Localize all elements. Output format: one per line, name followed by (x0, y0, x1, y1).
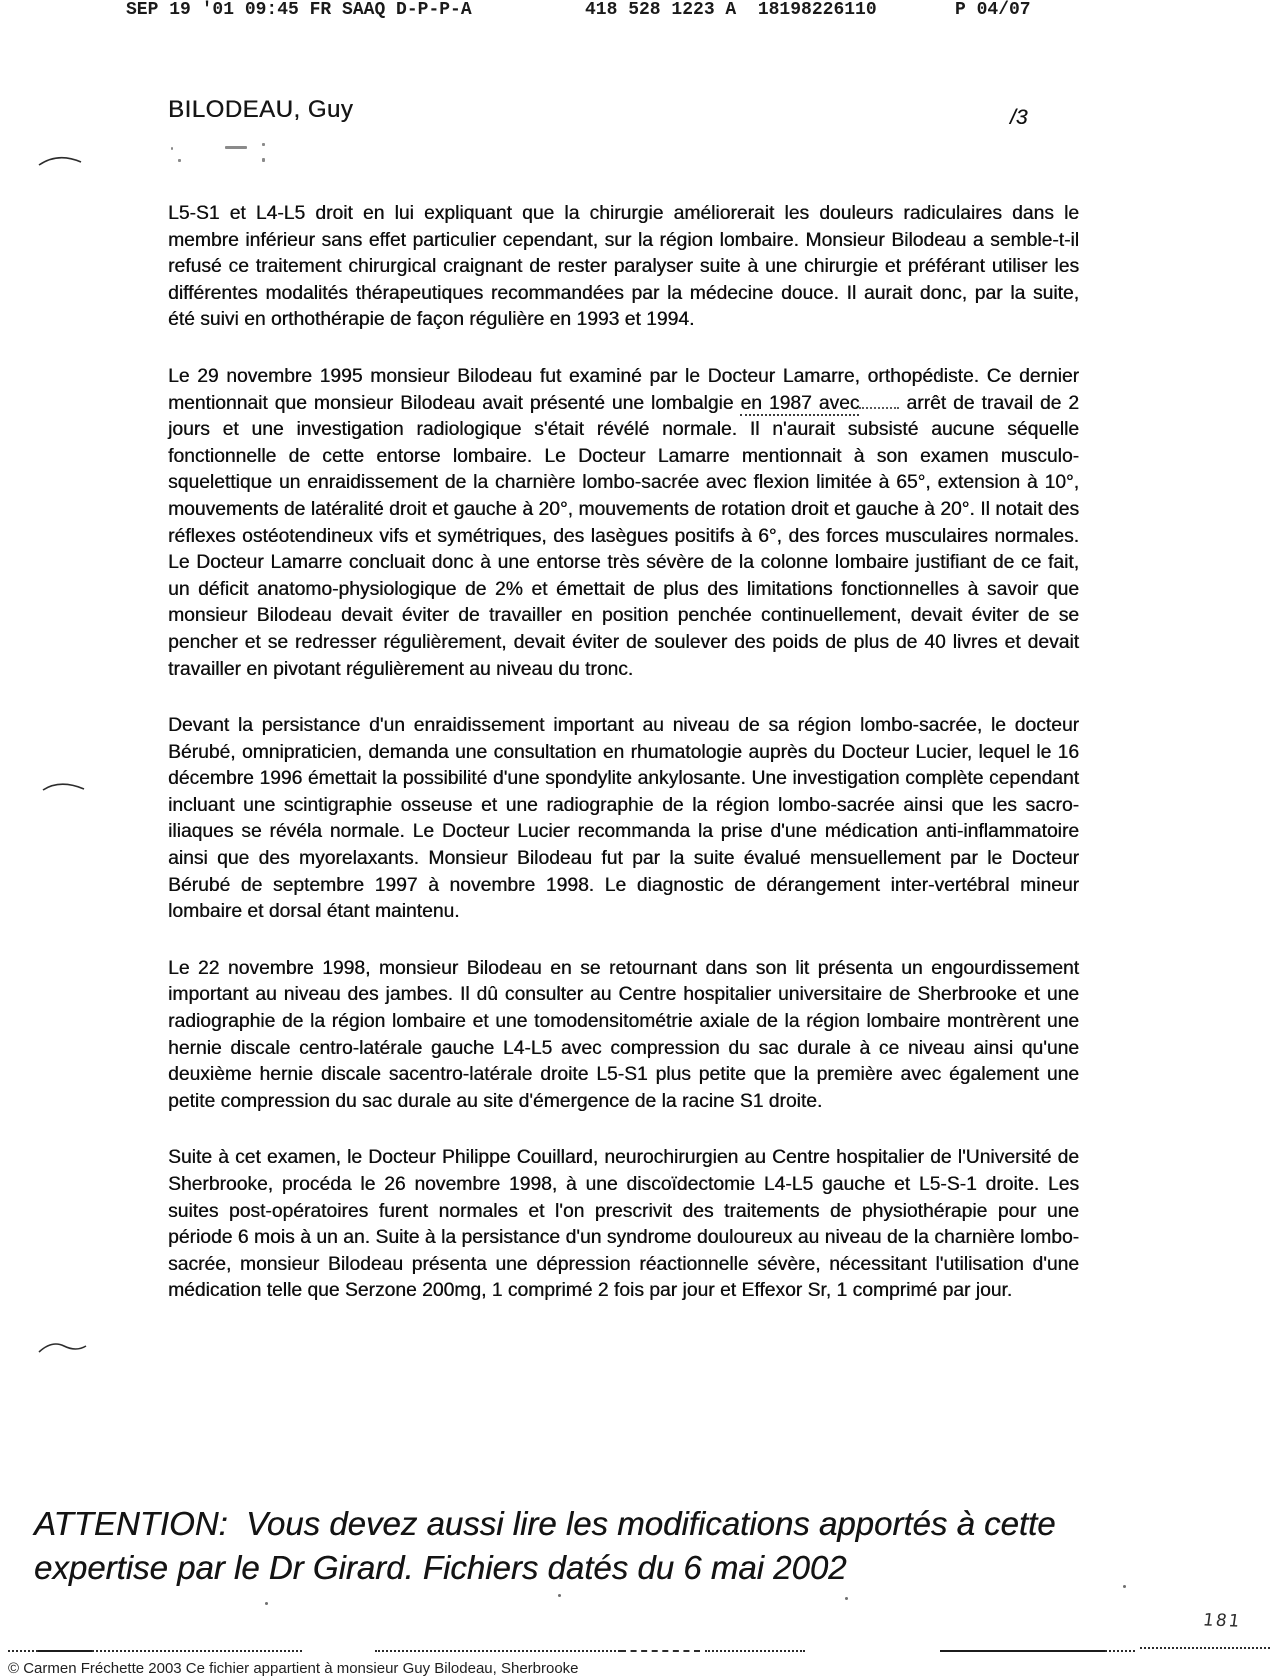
paragraph-1-text: L5-S1 et L4-L5 droit en lui expliquant q… (168, 203, 1079, 330)
paragraph-5: Suite à cet examen, le Docteur Philippe … (168, 1145, 1079, 1305)
scan-speck (938, 372, 941, 376)
separator-segment (38, 1650, 92, 1652)
scan-smudge (262, 158, 265, 162)
paragraph-3: Devant la persistance d'un enraidissemen… (168, 713, 1079, 926)
paragraph-4-text: Le 22 novembre 1998, monsieur Bilodeau e… (168, 958, 1079, 1112)
page-number: /3 (1010, 106, 1028, 130)
scan-speck (558, 1594, 561, 1597)
underlined-phrase: en 1987 avec (740, 393, 859, 416)
paragraph-2: Le 29 novembre 1995 monsieur Bilodeau fu… (168, 364, 1079, 683)
fax-page-counter: P 04/07 (955, 0, 1031, 20)
separator-segment (375, 1650, 620, 1652)
separator-segment (1140, 1647, 1270, 1649)
attention-note: ATTENTION: Vous devez aussi lire les mod… (34, 1502, 1094, 1590)
margin-pen-mark (36, 1336, 90, 1358)
scan-smudge (262, 143, 265, 146)
copyright-footer: © Carmen Fréchette 2003 Ce fichier appar… (8, 1660, 579, 1677)
scan-speck (1123, 1585, 1126, 1588)
separator-segment (1105, 1650, 1135, 1652)
handwritten-page-mark: 181 (1202, 1610, 1243, 1631)
separator-segment (8, 1650, 38, 1652)
fax-document-page: SEP 19 '01 09:45 FR SAAQ D-P-P-A 418 528… (0, 0, 1275, 1679)
separator-segment (705, 1650, 805, 1652)
paragraph-4: Le 22 novembre 1998, monsieur Bilodeau e… (168, 956, 1079, 1116)
patient-name-title: BILODEAU, Guy (168, 96, 353, 124)
dotted-underline-trail (859, 394, 899, 409)
separator-segment (940, 1650, 1105, 1652)
separator-segment (620, 1650, 700, 1652)
paragraph-3-text: Devant la persistance d'un enraidissemen… (168, 715, 1079, 922)
fax-timestamp-sender: SEP 19 '01 09:45 FR SAAQ D-P-P-A (126, 0, 472, 20)
margin-pen-mark (40, 776, 90, 796)
scan-speck (265, 1602, 268, 1605)
fax-numbers: 418 528 1223 A 18198226110 (585, 0, 877, 20)
document-body: L5-S1 et L4-L5 droit en lui expliquant q… (168, 201, 1079, 1335)
paragraph-5-text: Suite à cet examen, le Docteur Philippe … (168, 1147, 1079, 1301)
separator-segment (92, 1650, 302, 1652)
fax-header: SEP 19 '01 09:45 FR SAAQ D-P-P-A 418 528… (0, 0, 1275, 20)
scan-speck (845, 1597, 848, 1600)
margin-pen-mark (36, 150, 86, 170)
scan-smudge (225, 146, 247, 149)
paragraph-1: L5-S1 et L4-L5 droit en lui expliquant q… (168, 201, 1079, 334)
scan-smudge (171, 147, 173, 150)
scan-smudge (178, 159, 181, 162)
paragraph-2-text-after: arrêt de travail de 2 jours et une inves… (168, 393, 1079, 680)
